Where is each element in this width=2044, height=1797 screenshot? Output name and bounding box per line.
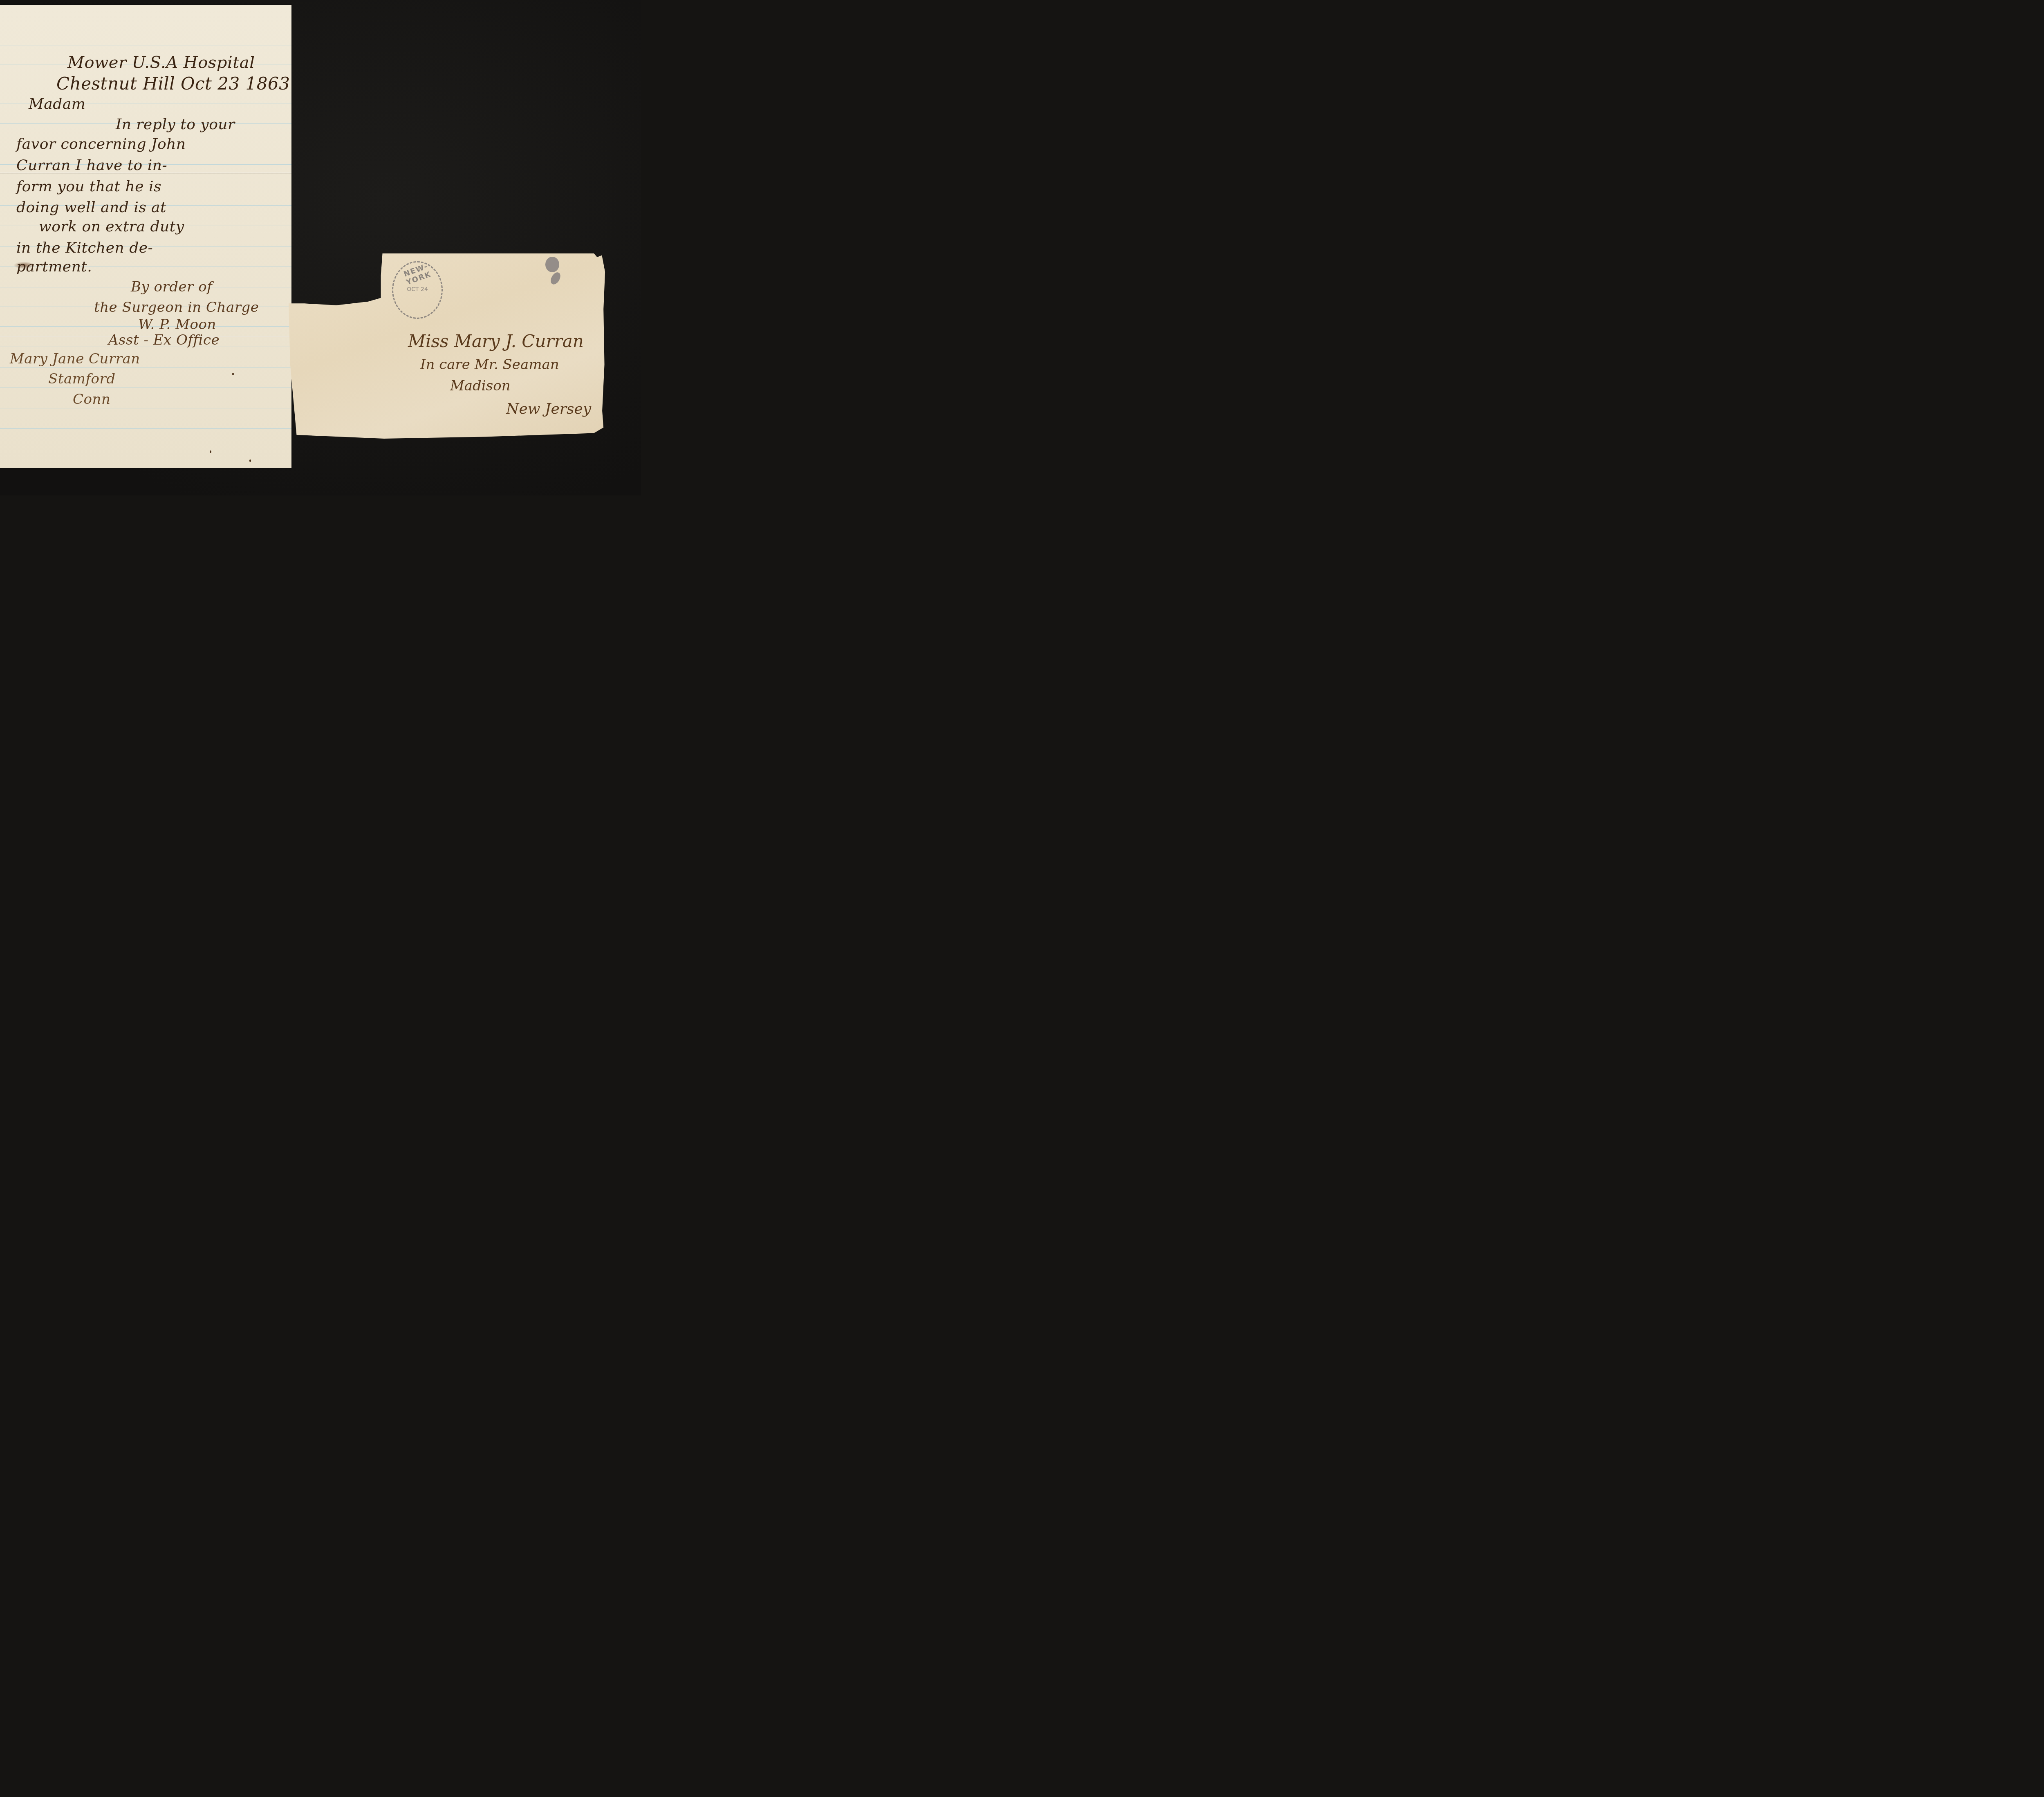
postmark-date: OCT 24 (393, 286, 442, 293)
letter-body-line: work on extra duty (39, 218, 184, 235)
letter-body-line: form you that he is (16, 178, 161, 195)
letter-addressee-city: Stamford (48, 371, 116, 387)
letter-heading-date: Chestnut Hill Oct 23 1863 (56, 74, 290, 94)
letter-closing: the Surgeon in Charge (94, 299, 259, 316)
letter-body-line: doing well and is at (16, 199, 166, 216)
ruled-line (0, 428, 291, 429)
letter-signer-title: Asst - Ex Office (108, 332, 220, 348)
postmark-stamp: NEW-YORK OCT 24 (392, 261, 443, 319)
letter-addressee-name: Mary Jane Curran (10, 351, 140, 367)
letter-body-line: In reply to your (116, 116, 235, 133)
letter-body-line: favor concerning John (16, 136, 186, 152)
letter-closing: By order of (131, 279, 212, 295)
letter-salutation: Madam (29, 96, 85, 112)
envelope-address-care-of: In care Mr. Seaman (420, 356, 559, 373)
ruled-line (0, 45, 291, 45)
envelope-address-city: Madison (450, 378, 511, 394)
envelope: NEW-YORK OCT 24 Miss Mary J. Curran In c… (289, 253, 607, 439)
ink-speck (249, 459, 251, 462)
envelope-address-name: Miss Mary J. Curran (408, 331, 584, 351)
letter-body-line: Curran I have to in- (16, 157, 167, 174)
letter-sheet: Mower U.S.A Hospital Chestnut Hill Oct 2… (0, 5, 291, 468)
ink-blot (545, 257, 559, 272)
letter-signature: W. P. Moon (138, 316, 216, 333)
envelope-address-state: New Jersey (506, 401, 591, 417)
ink-speck (210, 450, 211, 453)
ruled-line (0, 408, 291, 408)
ruled-line (0, 388, 291, 388)
ruled-line (0, 367, 291, 367)
letter-addressee-state: Conn (73, 391, 110, 408)
letter-body-line: in the Kitchen de- (16, 240, 153, 256)
letter-body-line: partment. (16, 258, 92, 275)
letter-heading-location: Mower U.S.A Hospital (67, 53, 255, 72)
ink-speck (232, 373, 234, 375)
ruled-line (0, 449, 291, 449)
